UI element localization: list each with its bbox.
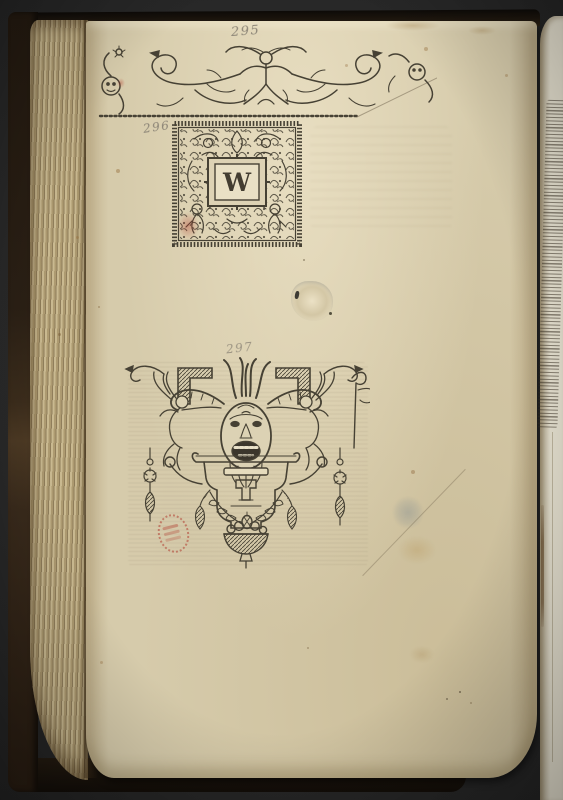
foxing-spot bbox=[446, 698, 448, 700]
pencil-number-297: 297 bbox=[225, 340, 254, 357]
facing-page-stain-line bbox=[541, 505, 544, 627]
brown-stain bbox=[398, 536, 436, 564]
foxing-spot bbox=[411, 470, 415, 474]
initial-letter: W bbox=[217, 167, 257, 199]
facing-page-crease bbox=[552, 432, 553, 762]
foxing-spot bbox=[100, 661, 103, 664]
foxing-spot bbox=[116, 169, 120, 173]
page-block-fore-edge bbox=[30, 20, 88, 780]
book-photograph: 295 296 297 bbox=[0, 0, 563, 800]
top-edge-stain bbox=[385, 20, 440, 31]
red-ink-fleck bbox=[117, 78, 125, 88]
ornamental-headpiece-woodcut bbox=[95, 42, 437, 120]
foxing-spot bbox=[303, 259, 305, 261]
foxing-spot bbox=[424, 47, 428, 51]
foxing-spot bbox=[98, 306, 100, 308]
show-through-text-ghost bbox=[310, 126, 452, 230]
top-edge-stain bbox=[468, 26, 496, 35]
foxing-spot bbox=[459, 691, 461, 693]
foxing-smudge bbox=[410, 646, 434, 663]
foxing-spot bbox=[345, 64, 348, 67]
foxing-spot bbox=[58, 333, 61, 336]
foxing-spot bbox=[470, 702, 472, 704]
dark-dot bbox=[329, 312, 332, 315]
foxing-spot bbox=[505, 74, 508, 77]
foxing-spot bbox=[307, 647, 309, 649]
foxing-spot bbox=[76, 236, 79, 239]
paper-repair-stain bbox=[291, 281, 333, 321]
grotesque-mask-cartouche-woodcut bbox=[118, 356, 370, 571]
pencil-number-295: 295 bbox=[231, 23, 261, 40]
